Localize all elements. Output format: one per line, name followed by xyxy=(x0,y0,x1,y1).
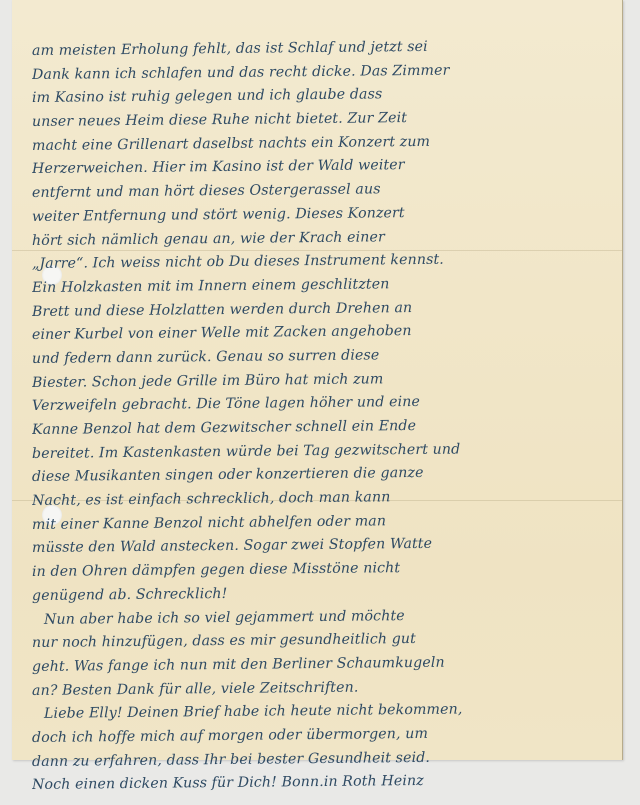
handwritten-line: Noch einen dicken Kuss für Dich! Bonn.in… xyxy=(32,768,617,798)
letter-paper: am meisten Erholung fehlt, das ist Schla… xyxy=(12,0,623,760)
handwritten-text-block: am meisten Erholung fehlt, das ist Schla… xyxy=(32,40,617,798)
